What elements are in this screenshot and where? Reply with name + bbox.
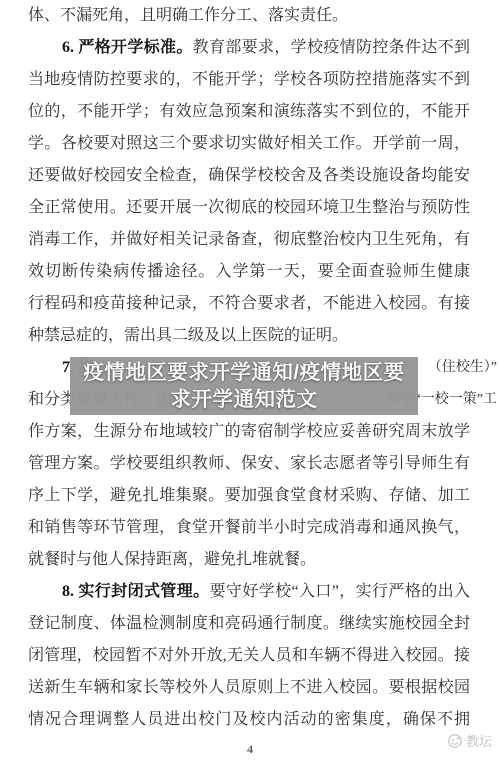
text-line: 闭管理，校园暂不对外开放,无关人员和车辆不得进入校园。接: [28, 640, 470, 672]
text-line: 位的，不能开学；有效应急预案和演练落实不到位的，不能开: [28, 96, 470, 128]
line-text: 消毒工作，并做好相关记录备查，彻底整治校内卫生死角，有: [28, 231, 470, 248]
text-line: 情况合理调整人员进出校门及校内活动的密集度，确保不拥堵、: [28, 704, 470, 736]
document-page: 体、不漏死角，且明确工作分工、落实责任。 6. 严格开学标准。教育部要求，学校疫…: [0, 0, 500, 768]
line-text: 作方案，生源分布地域较广的寄宿制学校应妥善研究周末放学: [28, 423, 470, 440]
line-heading: 8. 实行封闭式管理。: [62, 583, 210, 600]
text-line: 种禁忌症的，需出具二级及以上医院的证明。: [28, 320, 470, 352]
line-text: 情况合理调整人员进出校门及校内活动的密集度，确保不拥堵、: [28, 711, 470, 736]
text-line: 登记制度、体温检测制度和亮码通行制度。继续实施校园全封: [28, 608, 470, 640]
line-text: 行程码和疫苗接种记录，不符合要求者，不能进入校园。有接: [28, 295, 470, 312]
line-text: 效切断传染病传播途径。入学第一天，要全面查验师生健康码、: [28, 263, 470, 288]
text-line: 还要做好校园安全检查，确保学校校舍及各类设施设备均能安: [28, 160, 470, 192]
line-text: 种禁忌症的，需出具二级及以上医院的证明。: [28, 327, 348, 344]
text-line: 6. 严格开学标准。教育部要求，学校疫情防控条件达不到: [28, 32, 470, 64]
line-text: 和销售等环节管理，食堂开餐前半小时完成消毒和通风换气，: [28, 519, 470, 536]
line-text: 当地疫情防控要求的，不能开学；学校各项防控措施落实不到: [28, 71, 470, 88]
text-line: 体、不漏死角，且明确工作分工、落实责任。: [28, 0, 470, 32]
line-tail-text: （住校生）”: [428, 352, 497, 384]
line-text: 位的，不能开学；有效应急预案和演练落实不到位的，不能开: [28, 103, 470, 120]
title-overlay: 疫情地区要求开学通知/疫情地区要 求开学通知范文: [70, 357, 418, 415]
text-line: 行程码和疫苗接种记录，不符合要求者，不能进入校园。有接: [28, 288, 470, 320]
overlay-title-line1: 疫情地区要求开学通知/疫情地区要: [83, 359, 404, 386]
line-heading: 6. 严格开学标准。: [62, 39, 193, 56]
text-line: 学。各校要对照这三个要求切实做好相关工作。开学前一周，: [28, 128, 470, 160]
text-line: 作方案，生源分布地域较广的寄宿制学校应妥善研究周末放学: [28, 416, 470, 448]
text-line: 消毒工作，并做好相关记录备查，彻底整治校内卫生死角，有: [28, 224, 470, 256]
line-text: 全正常使用。还要开展一次彻底的校园环境卫生整治与预防性: [28, 199, 470, 216]
text-line: 就餐时与他人保持距离，避免扎堆就餐。: [28, 544, 470, 576]
line-text: 还要做好校园安全检查，确保学校校舍及各类设施设备均能安: [28, 167, 470, 184]
text-line: 管理方案。学校要组织教师、保安、家长志愿者等引导师生有: [28, 448, 470, 480]
text-line: 全正常使用。还要开展一次彻底的校园环境卫生整治与预防性: [28, 192, 470, 224]
line-text: 教育部要求，学校疫情防控条件达不到: [193, 39, 470, 56]
line-text: 体、不漏死角，且明确工作分工、落实责任。: [28, 7, 348, 24]
line-text: 管理方案。学校要组织教师、保安、家长志愿者等引导师生有: [28, 455, 470, 472]
line-text: 学。各校要对照这三个要求切实做好相关工作。开学前一周，: [28, 135, 470, 152]
text-line: 8. 实行封闭式管理。要守好学校“入口”，实行严格的出入: [28, 576, 470, 608]
line-text: 序上下学，避免扎堆集聚。要加强食堂食材采购、存储、加工: [28, 487, 470, 504]
page-number: 4: [0, 742, 500, 757]
text-line: 和销售等环节管理，食堂开餐前半小时完成消毒和通风换气，: [28, 512, 470, 544]
text-line: 序上下学，避免扎堆集聚。要加强食堂食材采购、存储、加工: [28, 480, 470, 512]
text-line: 效切断传染病传播途径。入学第一天，要全面查验师生健康码、: [28, 256, 470, 288]
line-text: 要守好学校“入口”，实行严格的出入: [210, 583, 470, 600]
text-line: 当地疫情防控要求的，不能开学；学校各项防控措施落实不到: [28, 64, 470, 96]
overlay-title-line2: 求开学通知范文: [171, 386, 318, 413]
line-text: 就餐时与他人保持距离，避免扎堆就餐。: [28, 551, 316, 568]
line-text: 送新生车辆和家长等校外人员原则上不进入校园。要根据校园: [28, 679, 470, 696]
line-text: 登记制度、体温检测制度和亮码通行制度。继续实施校园全封: [28, 615, 470, 632]
text-line: 送新生车辆和家长等校外人员原则上不进入校园。要根据校园: [28, 672, 470, 704]
line-text: 闭管理，校园暂不对外开放,无关人员和车辆不得进入校园。接: [28, 647, 470, 664]
